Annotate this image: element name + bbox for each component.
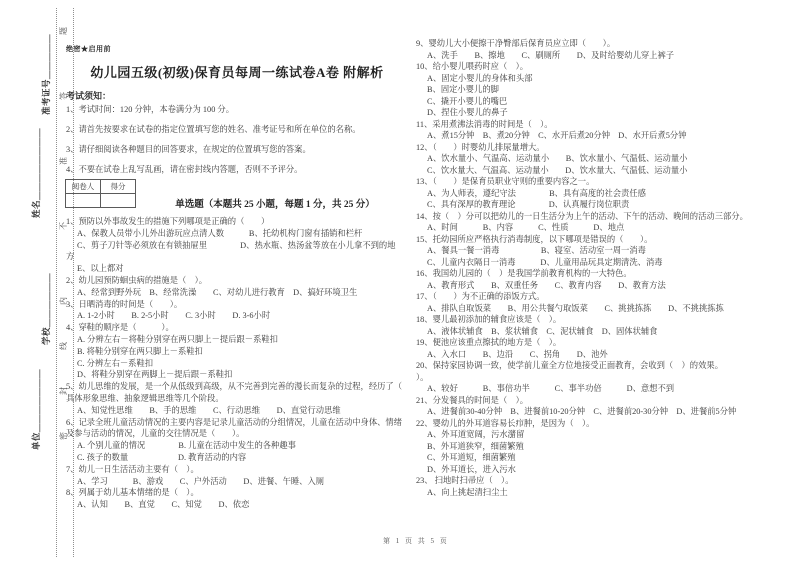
question-line: B、固定小婴儿的脚 xyxy=(416,84,797,96)
question-line: D、外耳道长，进入污水 xyxy=(416,464,797,476)
candidate-field: 单位＿＿＿＿＿＿＿ xyxy=(30,369,42,450)
question-line: 21、分发餐具的时间是（ ）。 xyxy=(416,395,797,407)
question-line: A、洗手 B、擦地 C、刷厕所 D、及时给婴幼儿穿上裤子 xyxy=(416,50,797,62)
question-line: 7、幼儿一日生活活动主要有（ ）。 xyxy=(66,464,410,476)
question-line: 2、幼儿园预防蛔虫病的措施是（ ）。 xyxy=(66,275,410,287)
question-line: 23、 扫地时扫帚应（ ）。 xyxy=(416,475,797,487)
question-line: A、保教人员带小儿外出游玩应点清人数 B、托幼机构门窗有插销和栏杆 xyxy=(66,228,410,240)
question-line: 5、幼儿思维的发展，是一个从低级到高级，从不完善到完善的漫长而复杂的过程，经历了… xyxy=(66,381,410,393)
question-line: C、剪子刀针等必须放在有锁抽屉里 D、热水瓶、热汤盆等放在小儿拿不到的地 xyxy=(66,240,410,252)
question-line: A、时间 B、内容 C、性质 D、地点 xyxy=(416,222,797,234)
score-table-cell-empty xyxy=(66,194,101,208)
exam-notice-item: 2、请首先按要求在试卷的指定位置填写您的姓名、准考证号和所在单位的名称。 xyxy=(66,123,410,143)
score-table: 阅卷人 得分 xyxy=(65,179,136,208)
question-line: A、教育形式 B、双重任务 C、教育内容 D、教育方法 xyxy=(416,280,797,292)
question-line: A. 分辨左右－将鞋分别穿在两只脚上－提后跟－系鞋扣 xyxy=(66,334,410,346)
exam-paper-page: 题答准不内线封密 准考证号＿＿＿＿＿姓名＿＿＿＿＿＿＿＿学校＿＿＿＿＿＿单位＿＿… xyxy=(0,0,800,565)
question-line: C、具有深厚的教育理论 D、认真履行岗位职责 xyxy=(416,199,797,211)
question-line: 10、给小婴儿喂药时应（ ）。 xyxy=(416,61,797,73)
question-line: 具体形象思维、抽象逻辑思维等几个阶段。 xyxy=(66,393,410,405)
question-line: B. 将鞋分别穿在两只脚上－系鞋扣 xyxy=(66,346,410,358)
question-line: 1、预防以外事故发生的措施下列哪项是正确的（ ） xyxy=(66,216,410,228)
question-line: A、固定小婴儿的身体和头部 xyxy=(416,73,797,85)
question-line: 16、我国幼儿园的（ ）是我国学前教育机构的一大特色。 xyxy=(416,268,797,280)
question-line: A. 1-2小时 B. 2-5小时 C. 3小时 D. 3-6小时 xyxy=(66,310,410,322)
question-line: C、外耳道短，细菌繁殖 xyxy=(416,452,797,464)
question-line: 18、婴儿最初添加的辅食应该是（ ）。 xyxy=(416,314,797,326)
question-line: 19、便池应该重点擦拭的地方是（ ）。 xyxy=(416,337,797,349)
question-line: E、以上都对 xyxy=(66,263,410,275)
score-table-header-reviewer: 阅卷人 xyxy=(66,180,101,194)
question-line: A、经常到野外玩 B、经常洗澡 C、对幼儿进行教育 D、搞好环境卫生 xyxy=(66,287,410,299)
question-line: A、进餐前30-40分钟 B、进餐前10-20分钟 C、进餐前20-30分钟 D… xyxy=(416,406,797,418)
question-line: C、饮水量大、气温高、运动量小 D、饮水量大、气温低、运动量小 xyxy=(416,165,797,177)
page-title: 幼儿园五级(初级)保育员每周一练试卷A卷 附解析 xyxy=(64,62,410,81)
question-line: A、煮15分钟 B、煮20分钟 C、水开后煮20分钟 D、水开后煮5分钟 xyxy=(416,130,797,142)
question-line: A. 个别儿童的情况 B. 儿童在活动中发生的各种趣事 xyxy=(66,440,410,452)
question-line: A、外耳道宽阔，污水潴留 xyxy=(416,429,797,441)
question-line: D、将鞋分别穿在两脚上－提后跟－系鞋扣 xyxy=(66,369,410,381)
question-line: 20、保持家园协调一致，使学前儿童全方位地接受正面教育，会收到（ ）的效果。 xyxy=(416,360,797,372)
seal-dotted-line-inner xyxy=(56,8,57,557)
question-line: C. 分辨左右－系鞋扣 xyxy=(66,358,410,370)
question-line: 及参与活动的情况，儿童的交往情况是（ ）。 xyxy=(66,428,410,440)
question-line: A、排队自取饭菜 B、用公共餐勺取饭菜 C、挑挑拣拣 D、不挑挑拣拣 xyxy=(416,303,797,315)
question-line: 13、（ ）是保育员职业守则的重要内容之一。 xyxy=(416,176,797,188)
question-line: 11、采用煮沸法消毒的时间是（ ）。 xyxy=(416,119,797,131)
question-column-left: 1、预防以外事故发生的措施下列哪项是正确的（ ）A、保教人员带小儿外出游玩应点清… xyxy=(66,216,410,511)
section-title: 单选题（本题共 25 小题，每题 1 分，共 25 分） xyxy=(140,196,410,210)
question-line: 6、记录全班儿童活动情况的主要内容是记录儿童活动的分组情况，儿童在活动中身体、情… xyxy=(66,417,410,429)
question-line: A、饮水量小、气温高、运动量小 B、饮水量小、气温低、运动量小 xyxy=(416,153,797,165)
question-line: A、知觉性思维 B、手的思维 C、行动思维 D、直觉行动思维 xyxy=(66,405,410,417)
question-line: 14、按（ ）分可以把幼儿的一日生活分为上午的活动、下午的活动、晚间的活动三部分… xyxy=(416,211,797,223)
exam-notice-item: 3、请仔细阅读各种题目的回答要求，在规定的位置填写您的答案。 xyxy=(66,143,410,163)
left-column: 绝密★启用前 幼儿园五级(初级)保育员每周一练试卷A卷 附解析 考试须知： 1、… xyxy=(64,0,410,565)
question-line: 22、婴幼儿的外耳道容易长疖肿，是因为（ ）。 xyxy=(416,418,797,430)
score-table-cell-empty xyxy=(101,194,136,208)
question-line: A、认知 B、直觉 C、知觉 D、依恋 xyxy=(66,499,410,511)
question-line: 12、（ ）时婴幼儿排尿量增大。 xyxy=(416,142,797,154)
question-line: C. 孩子的数量 D. 教育活动的内容 xyxy=(66,452,410,464)
question-line: A、学习 B、游戏 C、户外活动 D、进餐、午睡、入厕 xyxy=(66,476,410,488)
score-table-header-score: 得分 xyxy=(101,180,136,194)
question-line: C、儿童内衣隔日一消毒 D、儿童用品玩具定期清洗、消毒 xyxy=(416,257,797,269)
question-line: 8、列属于幼儿基本情绪的是（ ）。 xyxy=(66,487,410,499)
question-line: 方 xyxy=(66,251,410,263)
confidential-notice: 绝密★启用前 xyxy=(66,44,111,54)
exam-notice-item: 1、考试时间：120 分钟，本卷满分为 100 分。 xyxy=(66,103,410,123)
question-line: A、为人师表，遵纪守法 B、具有高度的社会责任感 xyxy=(416,188,797,200)
question-line: 17、（ ）为不正确的添饭方式。 xyxy=(416,291,797,303)
question-line: 4、穿鞋的顺序是（ ）。 xyxy=(66,322,410,334)
question-line: C、撬开小婴儿的嘴巴 xyxy=(416,96,797,108)
question-line: A、餐具一餐一消毒 B、寝室、活动室一周一消毒 xyxy=(416,245,797,257)
question-line: 15、托幼园所应严格执行消毒制度，以下哪项是错误的（ ）。 xyxy=(416,234,797,246)
candidate-field: 准考证号＿＿＿＿＿ xyxy=(40,34,52,115)
question-line: A、较好 B、事倍功半 C、事半功倍 D、意想不到 xyxy=(416,383,797,395)
question-line: 9、婴幼儿大小便擦干净臀部后保育员应立即（ ）。 xyxy=(416,38,797,50)
exam-notice-heading: 考试须知： xyxy=(66,89,111,102)
question-line: A、入水口 B、边沿 C、拐角 D、池外 xyxy=(416,349,797,361)
right-column: 9、婴幼儿大小便擦干净臀部后保育员应立即（ ）。A、洗手 B、擦地 C、刷厕所 … xyxy=(415,0,797,565)
candidate-field: 姓名＿＿＿＿＿＿＿＿ xyxy=(30,128,42,218)
question-line: ）。 xyxy=(416,372,797,384)
question-column-right: 9、婴幼儿大小便擦干净臀部后保育员应立即（ ）。A、洗手 B、擦地 C、刷厕所 … xyxy=(416,38,797,498)
page-number: 第 1 页 共 5 页 xyxy=(383,536,449,546)
exam-notice-list: 1、考试时间：120 分钟，本卷满分为 100 分。2、请首先按要求在试卷的指定… xyxy=(66,103,410,183)
question-line: 3、日晒消毒的时间是（ ）。 xyxy=(66,299,410,311)
candidate-field: 学校＿＿＿＿＿＿ xyxy=(40,273,52,345)
question-line: A、向上挑起清扫尘土 xyxy=(416,487,797,499)
question-line: A、液体状辅食 B、浆状辅食 C、泥状辅食 D、固体状辅食 xyxy=(416,326,797,338)
question-line: D、捏住小婴儿的鼻子 xyxy=(416,107,797,119)
question-line: B、外耳道狭窄，细菌繁殖 xyxy=(416,441,797,453)
